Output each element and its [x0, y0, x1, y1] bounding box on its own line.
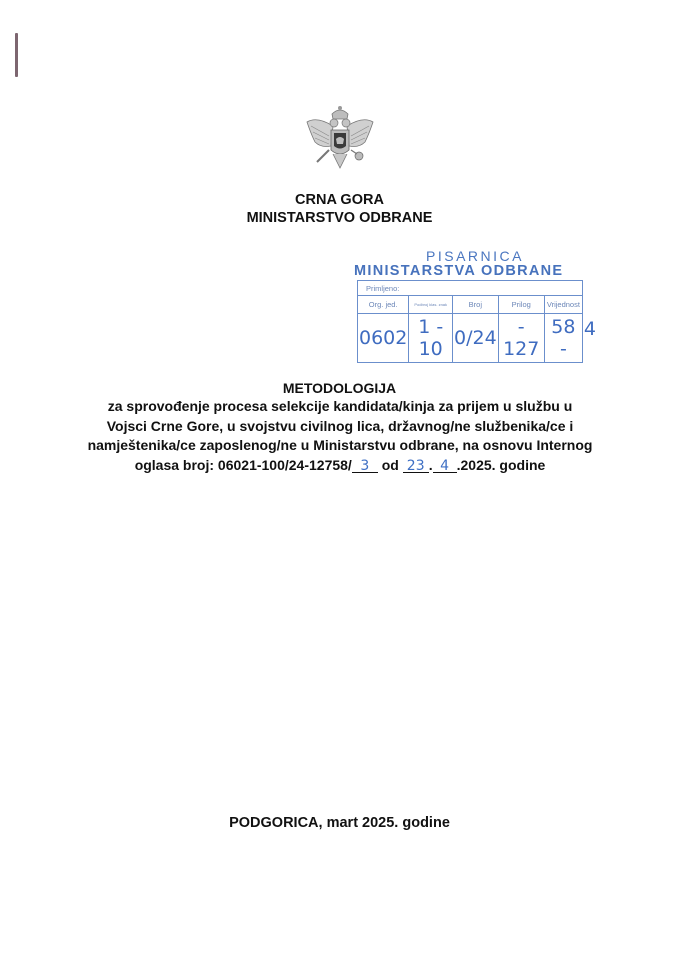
handwritten-month: 4	[433, 457, 457, 473]
stamp-value-org-unit: 0602	[358, 314, 409, 363]
handwritten-sequence-number: 3	[352, 457, 378, 473]
stamp-value-attachment: - 127	[498, 314, 544, 363]
document-subtitle: za sprovođenje procesa selekcije kandida…	[60, 397, 620, 475]
subtitle-line-3: namještenika/ce zaposlenog/ne u Ministar…	[60, 436, 620, 456]
announcement-number-prefix: oglasa broj: 06021-100/24-12758/	[135, 457, 352, 473]
stamp-subtitle: MINISTARSTVA ODBRANE	[350, 263, 590, 279]
subtitle-line-4: oglasa broj: 06021-100/24-12758/3 od 23.…	[60, 456, 620, 476]
place-and-date: PODGORICA, mart 2025. godine	[0, 815, 679, 831]
stamp-col-number: Broj	[453, 296, 499, 314]
stamp-title: PISARNICA	[350, 248, 590, 264]
stamp-value-subnumber: 1 - 10	[409, 314, 453, 363]
ministry-name: MINISTARSTVO ODBRANE	[0, 210, 679, 226]
stamp-col-attachment: Prilog	[498, 296, 544, 314]
od-label: od	[378, 457, 403, 473]
stamp-received-label: Primljeno:	[358, 281, 583, 296]
stamp-table: Primljeno: Org. jed. Podbroj klas. znak …	[357, 280, 583, 363]
coat-of-arms-icon	[303, 104, 377, 184]
stamp-col-subnumber: Podbroj klas. znak	[409, 296, 453, 314]
stamp-col-org-unit: Org. jed.	[358, 296, 409, 314]
registry-stamp: PISARNICA MINISTARSTVA ODBRANE Primljeno…	[350, 248, 590, 363]
document-title: METODOLOGIJA	[0, 380, 679, 396]
stamp-value-value-text: 58 -	[551, 316, 575, 360]
handwritten-day: 23	[403, 457, 429, 473]
stamp-value-overflow: 4	[584, 318, 596, 340]
country-name: CRNA GORA	[0, 192, 679, 208]
stamp-col-value: Vrijednost	[544, 296, 582, 314]
subtitle-line-2: Vojsci Crne Gore, u svojstvu civilnog li…	[60, 417, 620, 437]
subtitle-line-1: za sprovođenje procesa selekcije kandida…	[60, 397, 620, 417]
stamp-value-number: 0/24	[453, 314, 499, 363]
margin-mark	[15, 33, 18, 77]
year-suffix: .2025. godine	[457, 457, 546, 473]
stamp-value-value: 58 - 4	[544, 314, 582, 363]
